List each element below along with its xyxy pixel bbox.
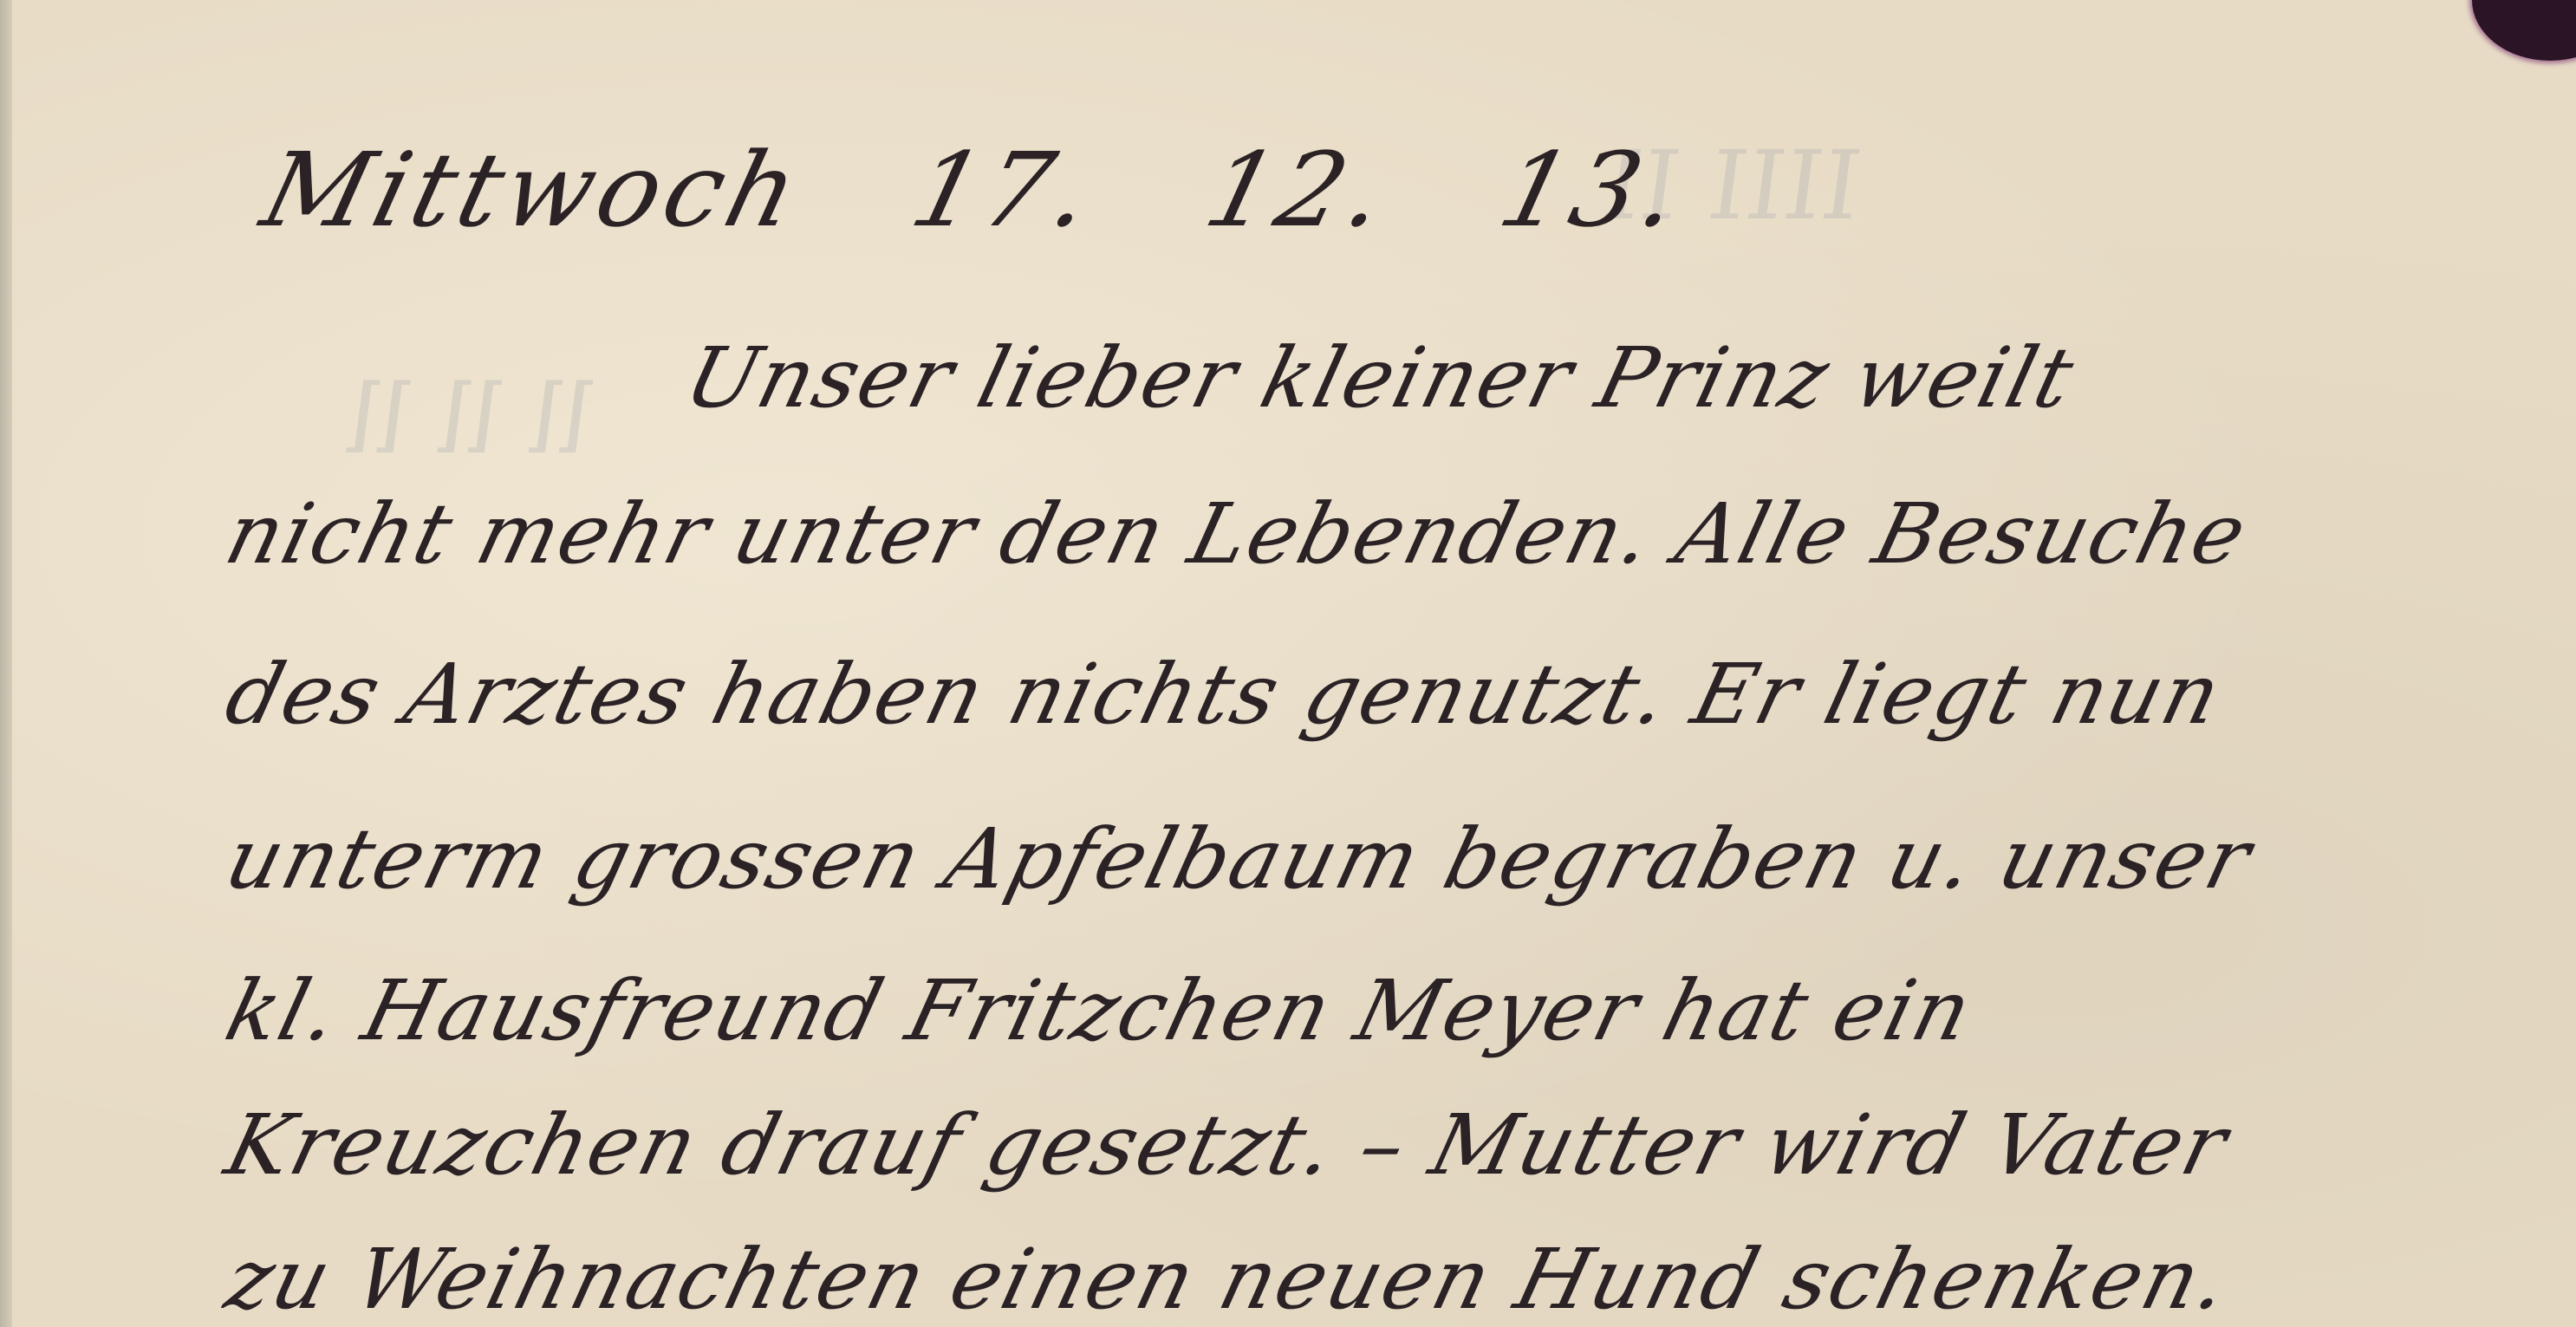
text-line-3: des Arztes haben nichts genutzt. Er lieg…: [217, 646, 2232, 743]
text-line-5: kl. Hausfreund Fritzchen Meyer hat ein: [217, 962, 1982, 1059]
text-line-6: Kreuzchen drauf gesetzt. – Mutter wird V…: [217, 1096, 2238, 1194]
date-day: 17.: [901, 130, 1109, 250]
page-left-edge-shadow: [0, 0, 12, 1327]
text-line-1: Unser lieber kleiner Prinz weilt: [676, 329, 2085, 426]
entry-date: Mittwoch 17. 12. 13.: [251, 130, 1775, 250]
date-year: 13.: [1488, 130, 1696, 250]
text-line-4: unterm grossen Apfelbaum begraben u. uns…: [217, 810, 2261, 907]
diary-page: IIII II ll ll ll Mittwoch 17. 12. 13. Un…: [0, 0, 2576, 1327]
text-line-2: nicht mehr unter den Lebenden. Alle Besu…: [217, 485, 2257, 582]
text-line-7: zu Weihnachten einen neuen Hund schenken…: [217, 1231, 2240, 1327]
date-month: 12.: [1194, 130, 1402, 250]
date-weekday: Mittwoch: [251, 130, 815, 250]
ink-corner-stain: [2472, 0, 2576, 61]
bleed-through-text: ll ll ll: [329, 364, 608, 475]
